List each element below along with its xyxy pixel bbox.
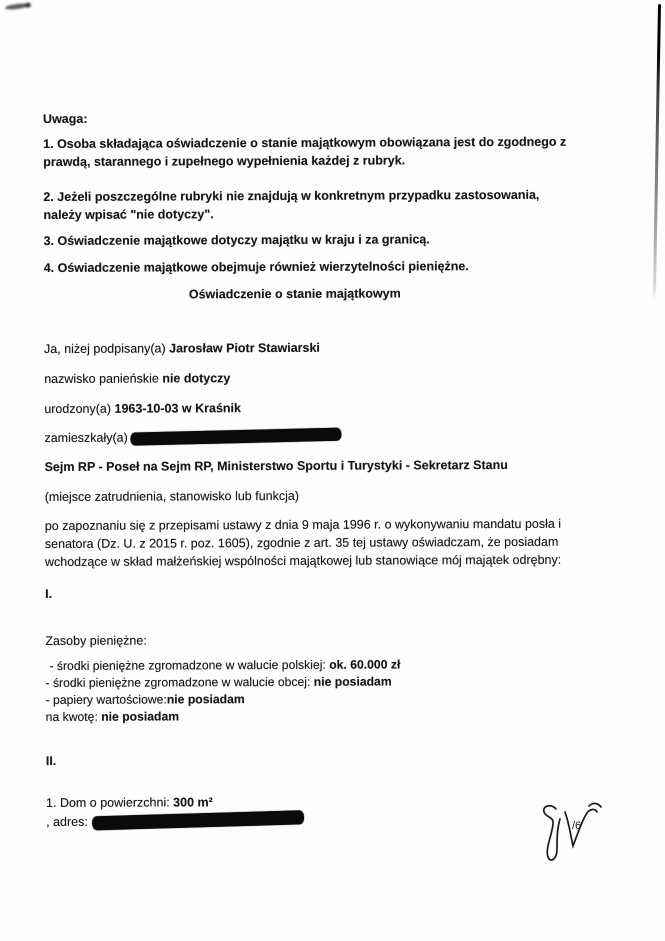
address-label: , adres: [46, 815, 88, 829]
birth-label: urodzony(a) [44, 402, 114, 416]
section-2-number: II. [46, 749, 646, 770]
house-label: 1. Dom o powierzchni: [46, 795, 173, 810]
redaction-bar-address [92, 810, 304, 830]
employment-line: Sejm RP - Poseł na Sejm RP, Ministerstwo… [45, 455, 645, 476]
declarant-name-line: Ja, niżej podpisany(a) Jarosław Piotr St… [44, 337, 644, 358]
scan-edge-line-artifact [653, 4, 661, 300]
declarant-full-name: Jarosław Piotr Stawiarski [169, 341, 320, 356]
section-1-items: - środki pieniężne zgromadzone w walucie… [45, 655, 645, 726]
document-title: Oświadczenie o stanie majątkowym [44, 284, 546, 304]
note-item-2: 2. Jeżeli poszczególne rubryki nie znajd… [43, 185, 643, 224]
redaction-bar-residence [131, 428, 342, 446]
asset-item-securities-label: - papiery wartościowe: [46, 692, 167, 707]
note-item-1: 1. Osoba składająca oświadczenie o stani… [43, 132, 643, 171]
signature-initials: /6 [536, 799, 608, 871]
signature-mark: /6 [572, 820, 581, 832]
scanned-document-page: Uwaga: 1. Osoba składająca oświadczenie … [0, 0, 665, 941]
house-value: 300 m² [173, 795, 213, 809]
document-body: Uwaga: 1. Osoba składająca oświadczenie … [43, 107, 646, 832]
birth-line: urodzony(a) 1963-10-03 w Kraśnik [44, 397, 644, 418]
asset-item-amount: na kwotę: nie posiadam [46, 706, 646, 726]
employment-caption: (miejsce zatrudnienia, stanowisko lub fu… [45, 485, 645, 506]
scan-smudge-artifact [5, 3, 29, 11]
asset-item-cash-foreign-value: nie posiadam [314, 674, 392, 688]
asset-item-amount-label: na kwotę: [46, 710, 102, 724]
asset-item-cash-pln-label: - środki pieniężne zgromadzone w walucie… [49, 658, 329, 673]
section-1-heading: Zasoby pieniężne: [45, 629, 645, 650]
asset-item-securities-value: nie posiadam [167, 692, 245, 706]
signature-svg: /6 [536, 799, 608, 871]
maiden-name-label: nazwisko panieńskie [44, 371, 162, 386]
residence-label: zamieszkały(a) [44, 431, 127, 445]
asset-item-cash-pln-value: ok. 60.000 zł [329, 657, 400, 671]
asset-item-amount-value: nie posiadam [101, 709, 179, 723]
maiden-name-value: nie dotyczy [162, 371, 230, 385]
legal-paragraph: po zapoznaniu się z przepisami ustawy z … [45, 514, 645, 571]
asset-item-cash-foreign-label: - środki pieniężne zgromadzone w walucie… [45, 675, 313, 690]
note-item-3: 3. Oświadczenie majątkowe dotyczy majątk… [44, 229, 644, 250]
section-1-number: I. [45, 582, 645, 603]
birth-value: 1963-10-03 w Kraśnik [114, 401, 241, 416]
declarant-intro-label: Ja, niżej podpisany(a) [44, 341, 169, 356]
note-item-4: 4. Oświadczenie majątkowe obejmuje równi… [44, 256, 644, 277]
residence-line: zamieszkały(a) [44, 426, 644, 447]
notes-heading: Uwaga: [43, 107, 643, 128]
maiden-name-line: nazwisko panieńskie nie dotyczy [44, 367, 644, 388]
